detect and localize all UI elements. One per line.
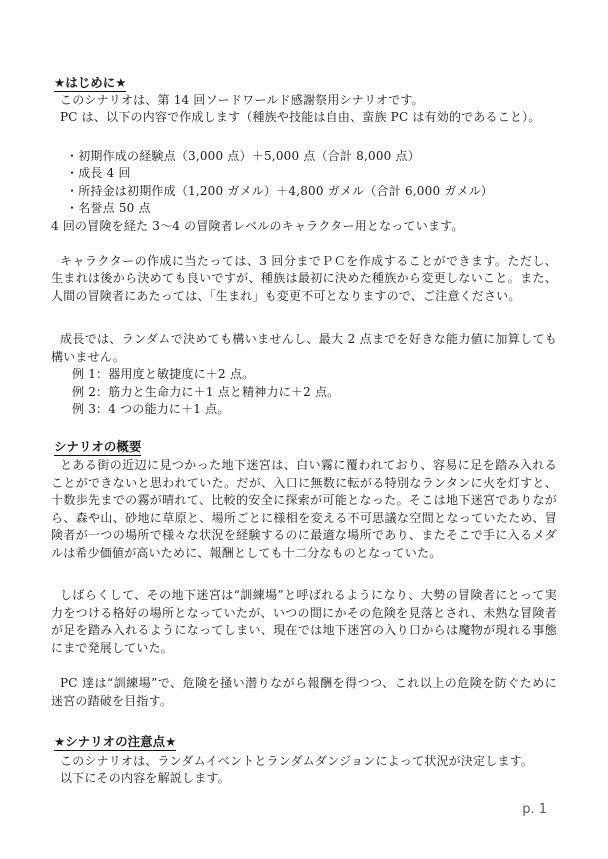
- intro-paragraph-2: PC は、以下の内容で作成します（種族や技能は自由、蛮族 PC は有効的であるこ…: [51, 109, 557, 127]
- section-heading-intro-text: ★はじめに★: [54, 75, 126, 92]
- intro-paragraph-5: 成長では、ランダムで決めても構いませんし、最大 2 点までを好きな能力値に加算し…: [51, 331, 557, 366]
- section-heading-notes-text: ★シナリオの注意点★: [54, 734, 176, 751]
- document-content: ★はじめに★ このシナリオは、第 14 回ソードワールド感謝祭用シナリオです。 …: [51, 74, 557, 817]
- example-item-1: 例 1：器用度と敏捷度に＋2 点。: [51, 366, 557, 384]
- intro-paragraph-4: キャラクターの作成に当たっては、3 回分までＰＣを作成することができます。ただし…: [51, 253, 557, 306]
- intro-paragraph-3: 4 回の冒険を経た 3～4 の冒険者レベルのキャラクター用となっています。: [51, 218, 557, 236]
- section-heading-overview: シナリオの概要: [54, 438, 557, 456]
- section-heading-overview-text: シナリオの概要: [54, 439, 141, 456]
- bullet-list: ・初期作成の経験点（3,000 点）＋5,000 点（合計 8,000 点） ・…: [51, 148, 557, 218]
- overview-paragraph-2: しばらくして、その地下迷宮は“訓練場”と呼ばれるようになり、大勢の冒険者にとって…: [51, 587, 557, 657]
- page-number: p. 1: [51, 802, 557, 817]
- overview-paragraph-3: PC 達は“訓練場”で、危険を掻い潜りながら報酬を得つつ、これ以上の危険を防ぐた…: [51, 675, 557, 710]
- example-item-3: 例 3：4 つの能力に＋1 点。: [51, 401, 557, 419]
- intro-paragraph-1: このシナリオは、第 14 回ソードワールド感謝祭用シナリオです。: [51, 92, 557, 110]
- bullet-item-honor: ・名誉点 50 点: [51, 200, 557, 218]
- notes-paragraph-2: 以下にその内容を解説します。: [51, 770, 557, 788]
- section-heading-intro: ★はじめに★: [54, 74, 557, 92]
- example-item-2: 例 2：筋力と生命力に＋1 点と精神力に＋2 点。: [51, 384, 557, 402]
- bullet-item-growth: ・成長 4 回: [51, 165, 557, 183]
- notes-paragraph-1: このシナリオは、ランダムイベントとランダムダンジョンによって状況が決定します。: [51, 753, 557, 771]
- document-page: ★はじめに★ このシナリオは、第 14 回ソードワールド感謝祭用シナリオです。 …: [0, 0, 608, 859]
- bullet-item-money: ・所持金は初期作成（1,200 ガメル）＋4,800 ガメル（合計 6,000 …: [51, 183, 557, 201]
- bullet-item-exp: ・初期作成の経験点（3,000 点）＋5,000 点（合計 8,000 点）: [51, 148, 557, 166]
- overview-paragraph-1: とある街の近辺に見つかった地下迷宮は、白い霧に覆われており、容易に足を踏み入れる…: [51, 457, 557, 562]
- section-heading-notes: ★シナリオの注意点★: [54, 733, 557, 751]
- example-list: 例 1：器用度と敏捷度に＋2 点。 例 2：筋力と生命力に＋1 点と精神力に＋2…: [51, 366, 557, 419]
